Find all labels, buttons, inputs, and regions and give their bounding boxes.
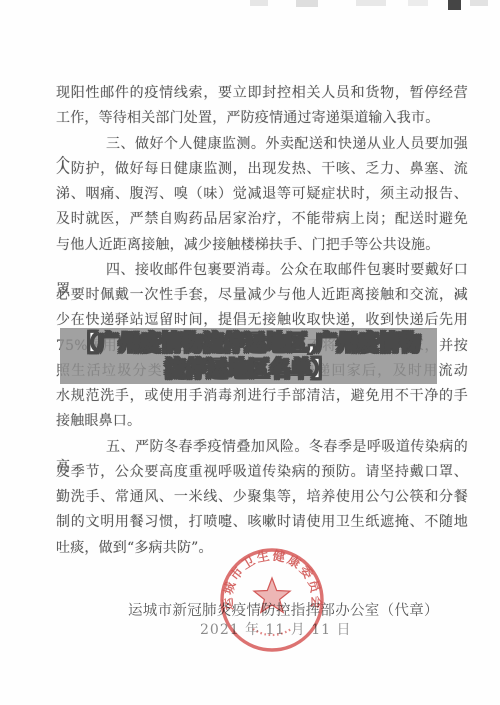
page-top-cropped-text-fragment xyxy=(470,0,488,6)
body-line: 制的文明用餐习惯，打喷嚏、咳嗽时请使用卫生纸遮掩、不随地 xyxy=(56,512,468,532)
page-top-cropped-text-fragment xyxy=(408,0,428,6)
headline-overlay: 【广州疫情物流停运地区,广州疫情物 流停运地区名单】 xyxy=(60,328,437,384)
body-line: 四、接收邮件包裹要消毒。公众在取邮件包裹时要戴好口罩， xyxy=(56,260,468,280)
headline-line-1: 【广州疫情物流停运地区,广州疫情物 xyxy=(77,330,421,356)
official-seal: 运城市卫生健康委员会 xyxy=(217,545,327,655)
page-top-cropped-text-fragment xyxy=(356,0,386,6)
body-line: 水规范洗手，或使用手消毒剂进行手部清洁，避免用不干净的手 xyxy=(56,386,468,406)
body-line: 五、严防冬春季疫情叠加风险。冬春季是呼吸道传染病的高 xyxy=(56,437,468,457)
seal-star-icon xyxy=(254,578,290,612)
body-line: 涕、咽痛、腹泻、嗅（味）觉减退等可疑症状时，须主动报告、 xyxy=(56,184,468,204)
page-top-cropped-text-fragment xyxy=(296,0,318,7)
body-line: 勤洗手、常通风、一米线、少聚集等，培养使用公勺公筷和分餐 xyxy=(56,487,468,507)
seal-serial-marks xyxy=(253,629,291,635)
page-top-cropped-text-fragment xyxy=(448,0,461,10)
body-line: 与他人近距离接触，减少接触楼梯扶手、门把手等公共设施。 xyxy=(56,235,468,255)
body-line: 人防护，做好每日健康监测，出现发热、干咳、乏力、鼻塞、流 xyxy=(56,159,468,179)
body-line: 现阳性邮件的疫情线索，要立即封控相关人员和货物，暂停经营 xyxy=(56,83,468,103)
body-line: 工作，等待相关部门处置，严防疫情通过寄递渠道输入我市。 xyxy=(56,108,468,128)
body-line: 发季节，公众要高度重视呼吸道传染病的预防。请坚持戴口罩、 xyxy=(56,462,468,482)
body-line: 三、做好个人健康监测。外卖配送和快递从业人员要加强个 xyxy=(56,134,468,154)
body-line: 及时就医，严禁自购药品居家治疗，不能带病上岗；配送时避免 xyxy=(56,209,468,229)
headline-line-2: 流停运地区名单】 xyxy=(165,356,333,382)
document-page: 现阳性邮件的疫情线索，要立即封控相关人员和货物，暂停经营工作，等待相关部门处置，… xyxy=(0,0,500,705)
page-top-cropped-text-fragment xyxy=(250,0,268,6)
body-line: 接触眼鼻口。 xyxy=(56,411,468,431)
body-line: 必要时佩戴一次性手套，尽量减少与他人近距离接触和交流，减 xyxy=(56,285,468,305)
